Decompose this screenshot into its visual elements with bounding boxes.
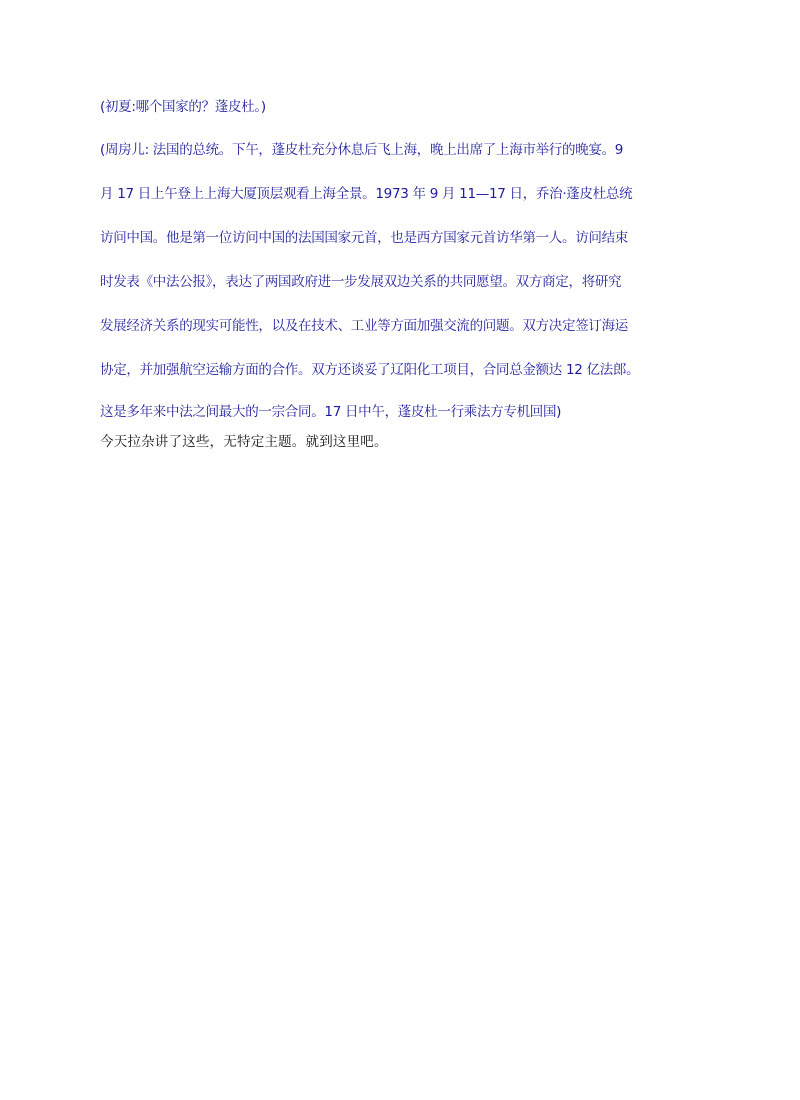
answer-line-5: 发展经济关系的现实可能性，以及在技术、工业等方面加强交流的问题。双方决定签订海运 xyxy=(100,317,628,335)
answer-line-1: (周房儿: 法国的总统。下午，蓬皮杜充分休息后飞上海，晚上出席了上海市举行的晚宴… xyxy=(100,141,623,159)
answer-line-2: 月 17 日上午登上上海大厦顶层观看上海全景。1973 年 9 月 11—17 … xyxy=(100,185,632,203)
answer-line-7: 这是多年来中法之间最大的一宗合同。17 日中午，蓬皮杜一行乘法方专机回国) xyxy=(100,403,561,421)
answer-line-3: 访问中国。他是第一位访问中国的法国国家元首，也是西方国家元首访华第一人。访问结束 xyxy=(100,229,628,247)
closing-line: 今天拉杂讲了这些，无特定主题。就到这里吧。 xyxy=(100,433,388,451)
answer-line-4: 时发表《中法公报》，表达了两国政府进一步发展双边关系的共同愿望。双方商定，将研究 xyxy=(100,273,621,291)
answer-line-6: 协定，并加强航空运输方面的合作。双方还谈妥了辽阳化工项目，合同总金额达 12 亿… xyxy=(100,361,639,379)
question-line: (初夏:哪个国家的？蓬皮杜。) xyxy=(100,98,266,116)
